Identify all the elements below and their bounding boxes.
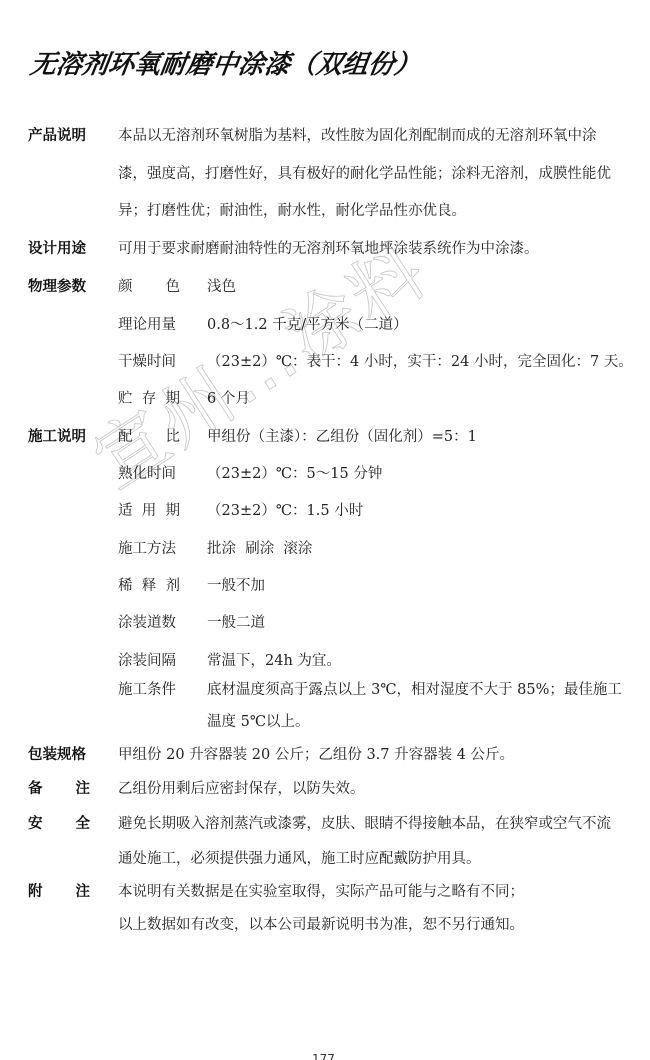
section-text: 可用于要求耐磨耐油特性的无溶剂环氧地坪涂装系统作为中涂漆。 xyxy=(118,239,539,259)
paragraph-line: 通处施工，必须提供强力通风，施工时应配戴防护用具。 xyxy=(118,849,481,869)
app-label-recoat-interval: 涂装间隔 xyxy=(118,651,180,671)
section-label: 设计用途 xyxy=(28,239,90,259)
app-value-coats: 一般二道 xyxy=(207,613,265,633)
app-value-method: 批涂 刷涂 滚涂 xyxy=(207,539,312,559)
label-char: 期 xyxy=(166,501,181,521)
label-char: 配 xyxy=(118,427,133,447)
section-text: 甲组份 20 升容器装 20 公斤；乙组份 3.7 升容器装 4 公斤。 xyxy=(118,745,514,765)
app-value-pot-life: （23±2）℃：1.5 小时 xyxy=(207,501,363,521)
app-value-conditions-line: 底材温度须高于露点以上 3℃，相对湿度不大于 85%；最佳施工 xyxy=(207,680,622,700)
label-char: 存 xyxy=(142,389,157,409)
document-title: 无溶剂环氧耐磨中涂漆（双组份） xyxy=(28,44,423,81)
label-char: 全 xyxy=(76,814,91,834)
label-char: 剂 xyxy=(166,576,181,596)
param-value-color: 浅色 xyxy=(207,277,236,297)
app-value-mix-ratio: 甲组份（主漆）：乙组份（固化剂）=5：1 xyxy=(207,427,477,447)
section-label: 备 注 xyxy=(28,779,90,799)
section-label: 产品说明 xyxy=(28,126,90,146)
paragraph-line: 本品以无溶剂环氧树脂为基料，改性胺为固化剂配制而成的无溶剂环氧中涂 xyxy=(118,126,597,146)
section-label: 物理参数 xyxy=(28,277,90,297)
label-char: 贮 xyxy=(118,389,133,409)
label-char: 附 xyxy=(28,882,43,902)
label-char: 注 xyxy=(76,882,91,902)
label-char: 颜 xyxy=(118,277,133,297)
app-label-induction-time: 熟化时间 xyxy=(118,464,180,484)
app-label-pot-life: 适 用 期 xyxy=(118,501,180,521)
app-value-conditions-line: 温度 5℃以上。 xyxy=(207,712,310,732)
section-text: 乙组份用剩后应密封保存，以防失效。 xyxy=(118,779,365,799)
app-label-method: 施工方法 xyxy=(118,539,180,559)
label-char: 注 xyxy=(76,779,91,799)
label-char: 期 xyxy=(166,389,181,409)
label-char: 备 xyxy=(28,779,43,799)
label-char: 色 xyxy=(166,277,181,297)
label-char: 比 xyxy=(166,427,181,447)
label-char: 稀 xyxy=(118,576,133,596)
param-label-color: 颜 色 xyxy=(118,277,180,297)
label-char: 适 xyxy=(118,501,133,521)
label-char: 安 xyxy=(28,814,43,834)
app-label-conditions: 施工条件 xyxy=(118,680,180,700)
page-number: 177 xyxy=(312,1052,335,1060)
document-page: 宣州…涂料 无溶剂环氧耐磨中涂漆（双组份） 产品说明 本品以无溶剂环氧树脂为基料… xyxy=(0,0,650,1060)
section-label: 施工说明 xyxy=(28,427,90,447)
app-label-thinner: 稀 释 剂 xyxy=(118,576,180,596)
param-label-drying-time: 干燥时间 xyxy=(118,352,180,372)
app-label-coats: 涂装道数 xyxy=(118,613,180,633)
paragraph-line: 漆，强度高，打磨性好，具有极好的耐化学品性能；涂料无溶剂，成膜性能优 xyxy=(118,164,611,184)
param-label-shelf-life: 贮 存 期 xyxy=(118,389,180,409)
app-value-induction-time: （23±2）℃：5～15 分钟 xyxy=(207,464,382,484)
paragraph-line: 本说明有关数据是在实验室取得，实际产品可能与之略有不同； xyxy=(118,882,524,902)
label-char: 用 xyxy=(142,501,157,521)
paragraph-line: 以上数据如有改变，以本公司最新说明书为准，恕不另行通知。 xyxy=(118,915,524,935)
paragraph-line: 避免长期吸入溶剂蒸汽或漆雾，皮肤、眼睛不得接触本品，在狭窄或空气不流 xyxy=(118,814,611,834)
section-label: 附 注 xyxy=(28,882,90,902)
param-label-coverage: 理论用量 xyxy=(118,315,180,335)
param-value-shelf-life: 6 个月 xyxy=(207,389,250,409)
paragraph-line: 异；打磨性优；耐油性，耐水性，耐化学品性亦优良。 xyxy=(118,201,466,221)
param-value-coverage: 0.8～1.2 千克/平方米（二道） xyxy=(207,315,408,335)
label-char: 释 xyxy=(142,576,157,596)
app-value-thinner: 一般不加 xyxy=(207,576,265,596)
section-label: 包装规格 xyxy=(28,745,90,765)
section-label: 安 全 xyxy=(28,814,90,834)
param-value-drying-time: （23±2）℃：表干：4 小时，实干：24 小时，完全固化：7 天。 xyxy=(207,352,633,372)
app-value-recoat-interval: 常温下，24h 为宜。 xyxy=(207,651,341,671)
app-label-mix-ratio: 配 比 xyxy=(118,427,180,447)
